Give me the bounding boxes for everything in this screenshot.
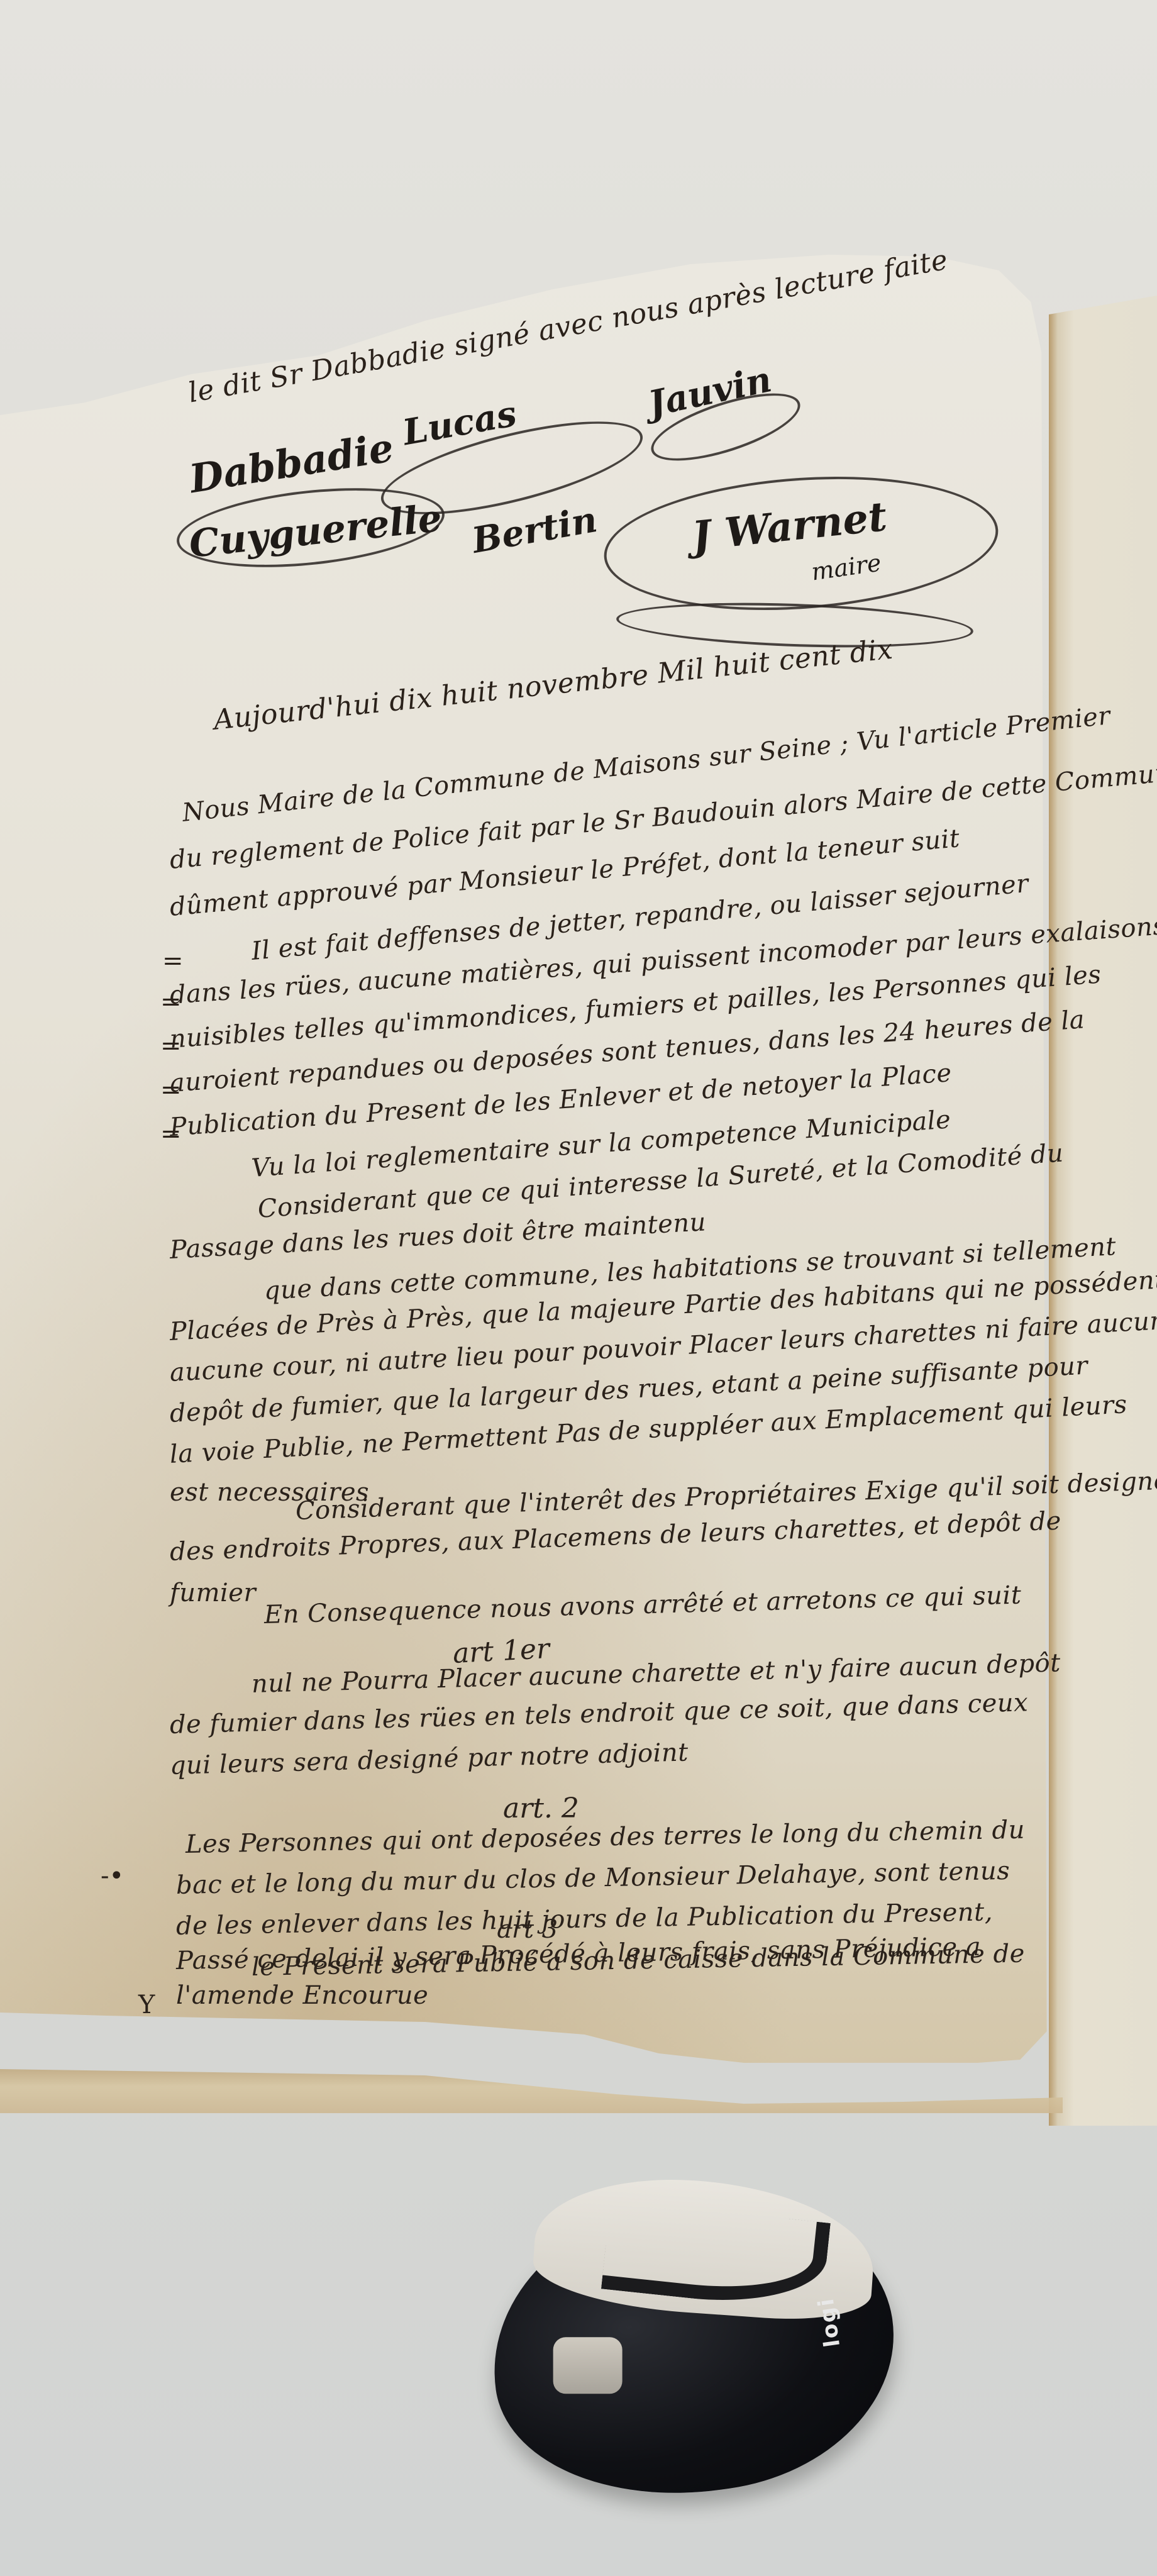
body-line: fumier (170, 1579, 256, 1607)
margin-mark: -• (101, 1862, 124, 1890)
margin-mark: = (160, 987, 182, 1016)
margin-mark: = (160, 1075, 182, 1104)
next-page-edge (1049, 296, 1157, 2126)
article-line: l'amende Encourue (176, 1981, 428, 2010)
mouse-scroll-wheel (553, 2337, 623, 2394)
margin-mark: = (162, 947, 184, 975)
margin-mark: = (160, 1031, 182, 1060)
computer-mouse: logi (470, 2148, 938, 2525)
margin-mark: = (160, 1119, 182, 1148)
article-2-heading: art. 2 (503, 1792, 579, 1824)
article-3-heading: art 3 (497, 1915, 558, 1944)
margin-mark: Y (138, 1990, 155, 2019)
